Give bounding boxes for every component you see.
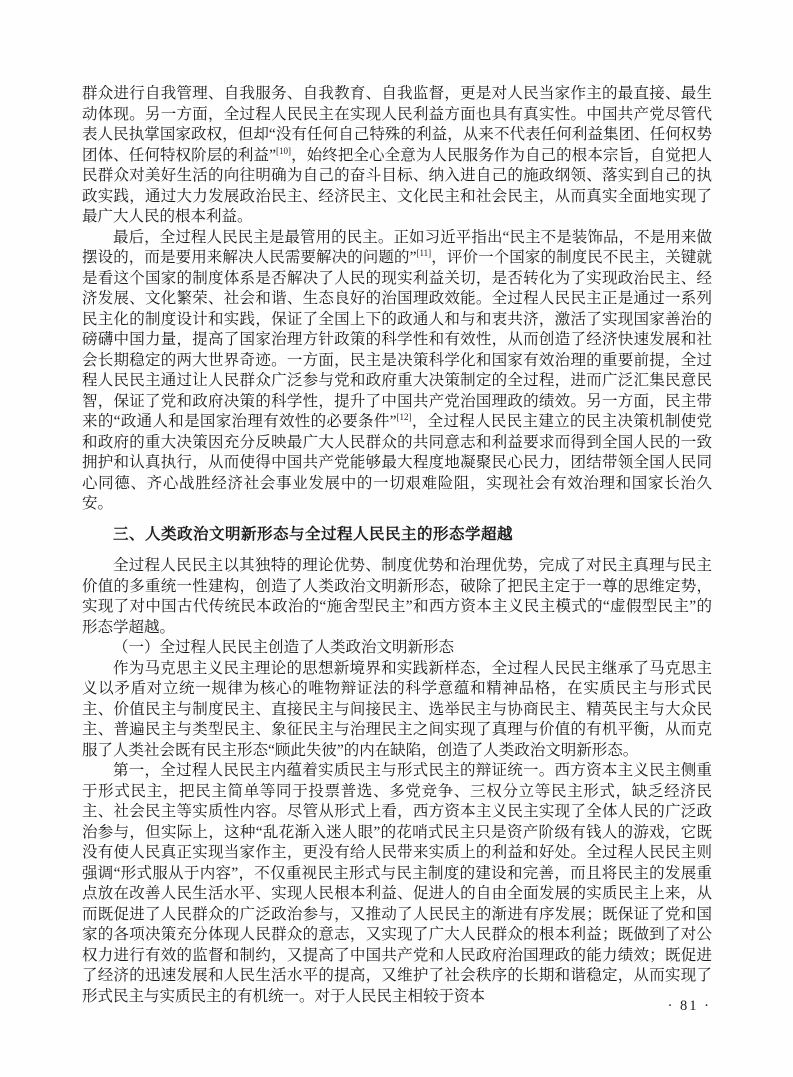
page-number: · 81 · [668,998,711,1015]
footnote-ref: [10] [276,145,291,155]
paragraph: 最后，全过程人民民主是最管用的民主。正如习近平指出“民主不是装饰品，不是用来做摆… [82,228,712,515]
paragraph: 作为马克思主义民主理论的思想新境界和实践新样态，全过程人民民主继承了马克思主义以… [82,659,712,762]
paragraph: 全过程人民民主以其独特的理论优势、制度优势和治理优势，完成了对民主真理与民主价值… [82,556,712,638]
paragraph: 群众进行自我管理、自我服务、自我教育、自我监督，更是对人民当家作主的最直接、最生… [82,84,712,228]
footnote-ref: [11] [417,248,432,258]
section-heading: 三、人类政治文明新形态与全过程人民民主的形态学超越 [82,525,712,546]
subsection-heading: （一）全过程人民民主创造了人类政治文明新形态 [82,638,712,659]
document-page: 群众进行自我管理、自我服务、自我教育、自我监督，更是对人民当家作主的最直接、最生… [0,0,793,1077]
paragraph: 第一，全过程人民民主内蕴着实质民主与形式民主的辩证统一。西方资本主义民主侧重于形… [82,761,712,1007]
footnote-ref: [12] [397,412,412,422]
document-body: 群众进行自我管理、自我服务、自我教育、自我监督，更是对人民当家作主的最直接、最生… [82,84,712,1007]
